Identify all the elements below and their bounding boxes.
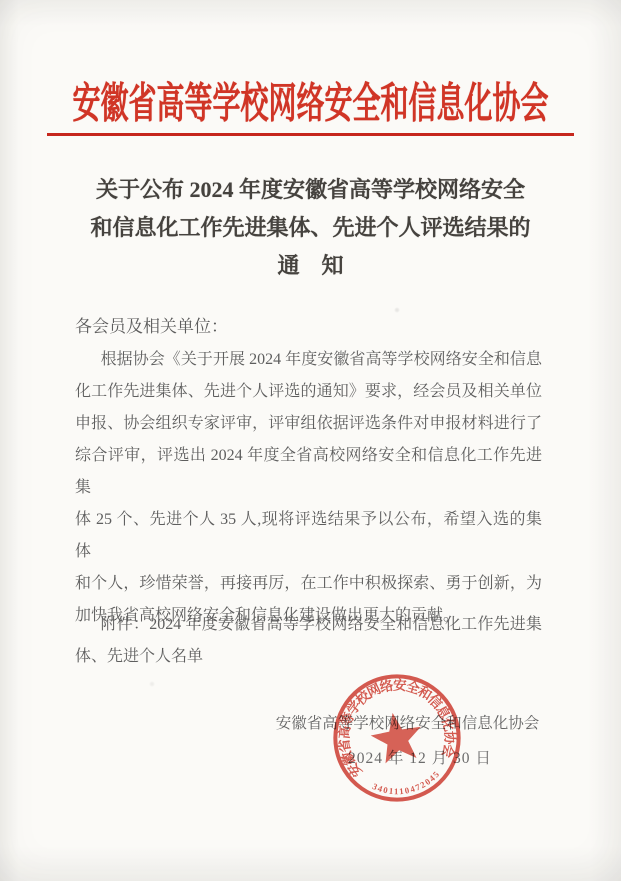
official-seal: 安徽省高等学校网络安全和信息化协会 3401110472045 — [319, 660, 474, 815]
document-title-line-2: 和信息化工作先进集体、先进个人评选结果的 — [45, 209, 576, 247]
body-line: 化工作先进集体、先进个人评选的通知》要求，经会员及相关单位 — [75, 376, 542, 408]
body-line: 根据协会《关于开展 2024 年度安徽省高等学校网络安全和信息 — [75, 344, 542, 376]
document-title: 关于公布 2024 年度安徽省高等学校网络安全 和信息化工作先进集体、先进个人评… — [45, 171, 576, 285]
body-line: 和个人，珍惜荣誉，再接再厉，在工作中积极探索、勇于创新，为 — [75, 568, 542, 600]
scanned-notice-page: 安徽省高等学校网络安全和信息化协会 关于公布 2024 年度安徽省高等学校网络安… — [0, 0, 621, 881]
body-line: 体 25 个、先进个人 35 人,现将评选结果予以公布，希望入选的集体 — [75, 504, 542, 568]
body-line: 申报、协会组织专家评审，评审组依据评选条件对申报材料进行了 — [75, 408, 542, 440]
document-title-line-3: 通 知 — [45, 247, 576, 285]
salutation: 各会员及相关单位： — [75, 316, 542, 338]
seal-star-icon — [368, 709, 427, 766]
document-title-line-1: 关于公布 2024 年度安徽省高等学校网络安全 — [45, 171, 576, 209]
body-line: 综合评审，评选出 2024 年度全省高校网络安全和信息化工作先进集 — [75, 440, 542, 504]
attachment-note: 附件：2024 年度安徽省高等学校网络安全和信息化工作先进集 体、先进个人名单 — [75, 609, 542, 673]
letterhead-org-name: 安徽省高等学校网络安全和信息化协会 — [0, 71, 621, 131]
attachment-line: 附件：2024 年度安徽省高等学校网络安全和信息化工作先进集 — [75, 609, 542, 641]
body-paragraph: 根据协会《关于开展 2024 年度安徽省高等学校网络安全和信息 化工作先进集体、… — [75, 344, 542, 632]
letterhead-divider — [47, 133, 574, 136]
attachment-line: 体、先进个人名单 — [75, 641, 542, 673]
